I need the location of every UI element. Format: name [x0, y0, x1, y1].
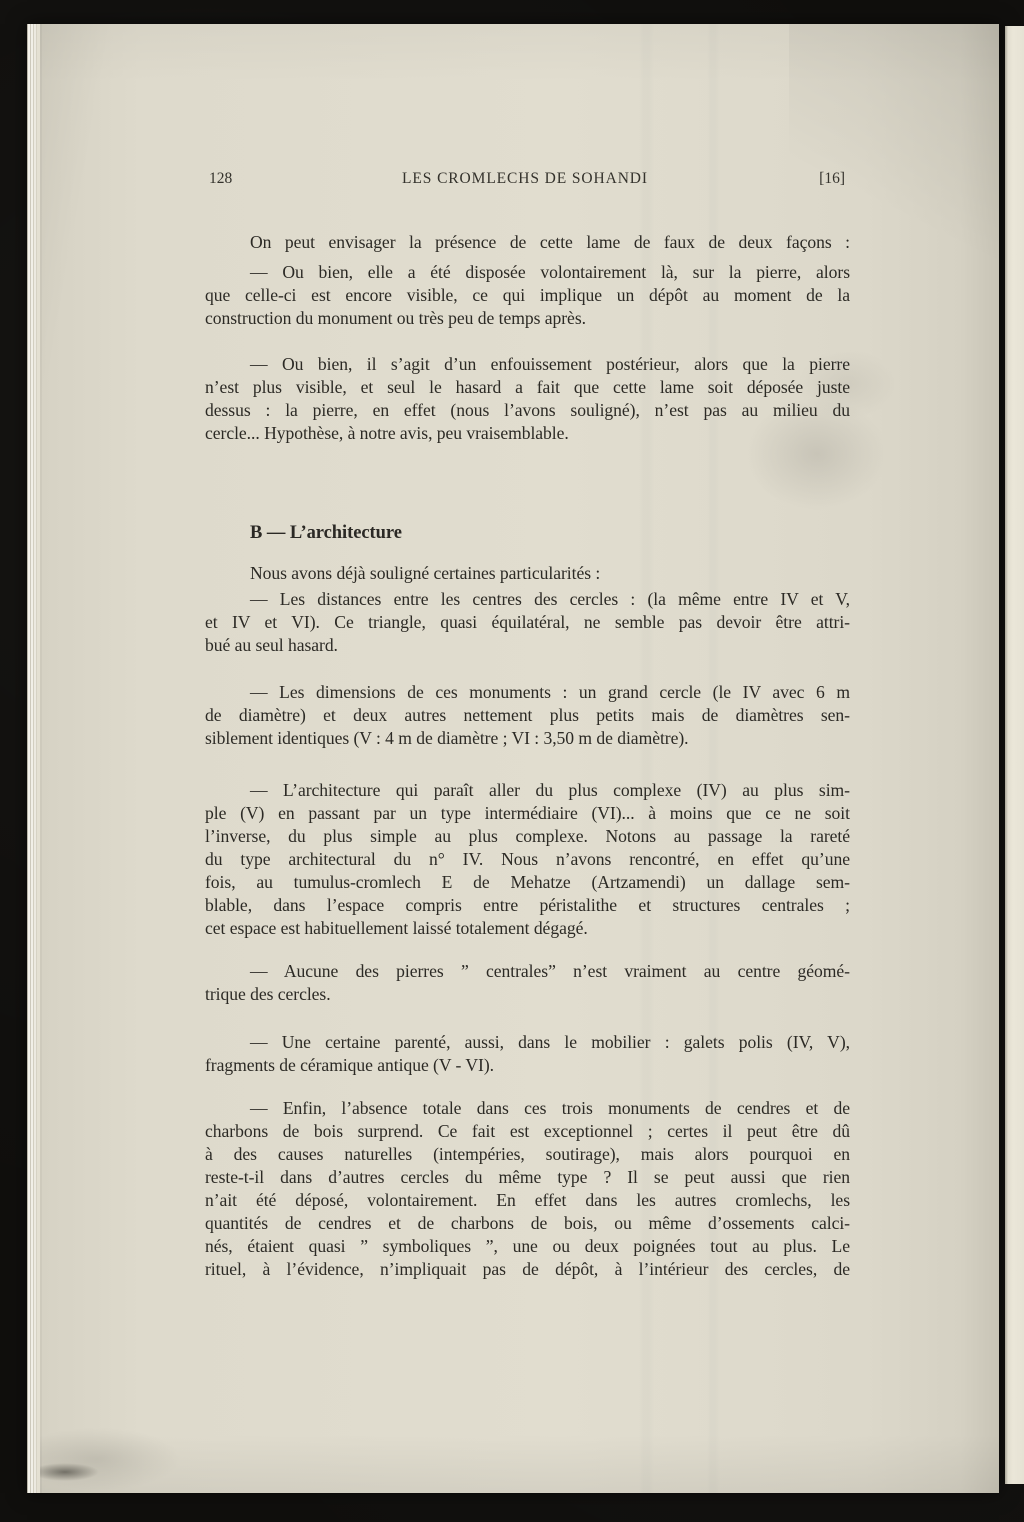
paragraph-line: blable, dans l’espace compris entre péri…	[205, 894, 850, 917]
paragraph-line: — Ou bien, elle a été disposée volontair…	[205, 261, 850, 284]
paragraph-line: — Les dimensions de ces monuments : un g…	[205, 681, 850, 704]
paragraph: — Ou bien, elle a été disposée volontair…	[205, 261, 850, 330]
book-page-scan: 128 LES CROMLECHS DE SOHANDI [16] On peu…	[27, 24, 999, 1493]
paragraph: — L’architecture qui paraît aller du plu…	[205, 779, 850, 940]
paragraph-line: — Les distances entre les centres des ce…	[205, 588, 850, 611]
paragraph-line: dessus : la pierre, en effet (nous l’avo…	[205, 399, 850, 422]
paragraph: — Les distances entre les centres des ce…	[205, 588, 850, 657]
paragraph-line: construction du monument ou très peu de …	[205, 307, 850, 330]
paragraph-line: n’ait été déposé, volontairement. En eff…	[205, 1189, 850, 1212]
section-heading: B — L’architecture	[205, 522, 850, 545]
text-block: On peut envisager la présence de cette l…	[205, 231, 850, 1281]
next-page-edge	[1005, 26, 1024, 1484]
paragraph-line: — L’architecture qui paraît aller du plu…	[205, 779, 850, 802]
paragraph-line: l’inverse, du plus simple au plus comple…	[205, 825, 850, 848]
paragraph-line: du type architectural du n° IV. Nous n’a…	[205, 848, 850, 871]
running-title: LES CROMLECHS DE SOHANDI	[205, 170, 845, 188]
paragraph-line: rituel, à l’évidence, n’impliquait pas d…	[205, 1258, 850, 1281]
running-header: 128 LES CROMLECHS DE SOHANDI [16]	[205, 170, 845, 192]
paragraph-line: n’est plus visible, et seul le hasard a …	[205, 376, 850, 399]
paragraph: — Enfin, l’absence totale dans ces trois…	[205, 1097, 850, 1281]
paragraph-line: ple (V) en passant par un type intermédi…	[205, 802, 850, 825]
paragraph-line: On peut envisager la présence de cette l…	[205, 231, 850, 254]
paragraph-line: — Ou bien, il s’agit d’un enfouissement …	[205, 353, 850, 376]
paragraph: — Aucune des pierres ” centrales” n’est …	[205, 960, 850, 1006]
paragraph-line: cet espace est habituellement laissé tot…	[205, 917, 850, 940]
paragraph-line: quantités de cendres et de charbons de b…	[205, 1212, 850, 1235]
paragraph: — Les dimensions de ces monuments : un g…	[205, 681, 850, 750]
paragraph-line: bué au seul hasard.	[205, 634, 850, 657]
paragraph-line: à des causes naturelles (intempéries, so…	[205, 1143, 850, 1166]
folio-reference: [16]	[819, 170, 845, 188]
paragraph-line: Nous avons déjà souligné certaines parti…	[205, 562, 850, 585]
paragraph: Nous avons déjà souligné certaines parti…	[205, 562, 850, 585]
paragraph-line: — Une certaine parenté, aussi, dans le m…	[205, 1031, 850, 1054]
paragraph-line: — Aucune des pierres ” centrales” n’est …	[205, 960, 850, 983]
paragraph-line: reste-t-il dans d’autres cercles du même…	[205, 1166, 850, 1189]
paragraph: — Une certaine parenté, aussi, dans le m…	[205, 1031, 850, 1077]
paragraph-line: et IV et VI). Ce triangle, quasi équilat…	[205, 611, 850, 634]
paragraph-line: charbons de bois surprend. Ce fait est e…	[205, 1120, 850, 1143]
paragraph: On peut envisager la présence de cette l…	[205, 231, 850, 254]
paragraph: — Ou bien, il s’agit d’un enfouissement …	[205, 353, 850, 445]
paragraph-line: cercle... Hypothèse, à notre avis, peu v…	[205, 422, 850, 445]
paragraph-line: fois, au tumulus-cromlech E de Mehatze (…	[205, 871, 850, 894]
paragraph-line: que celle-ci est encore visible, ce qui …	[205, 284, 850, 307]
paragraph-line: nés, étaient quasi ” symboliques ”, une …	[205, 1235, 850, 1258]
paragraph-line: trique des cercles.	[205, 983, 850, 1006]
paragraph-line: de diamètre) et deux autres nettement pl…	[205, 704, 850, 727]
paragraph-line: fragments de céramique antique (V - VI).	[205, 1054, 850, 1077]
paragraph-line: — Enfin, l’absence totale dans ces trois…	[205, 1097, 850, 1120]
paragraph-line: siblement identiques (V : 4 m de diamètr…	[205, 727, 850, 750]
